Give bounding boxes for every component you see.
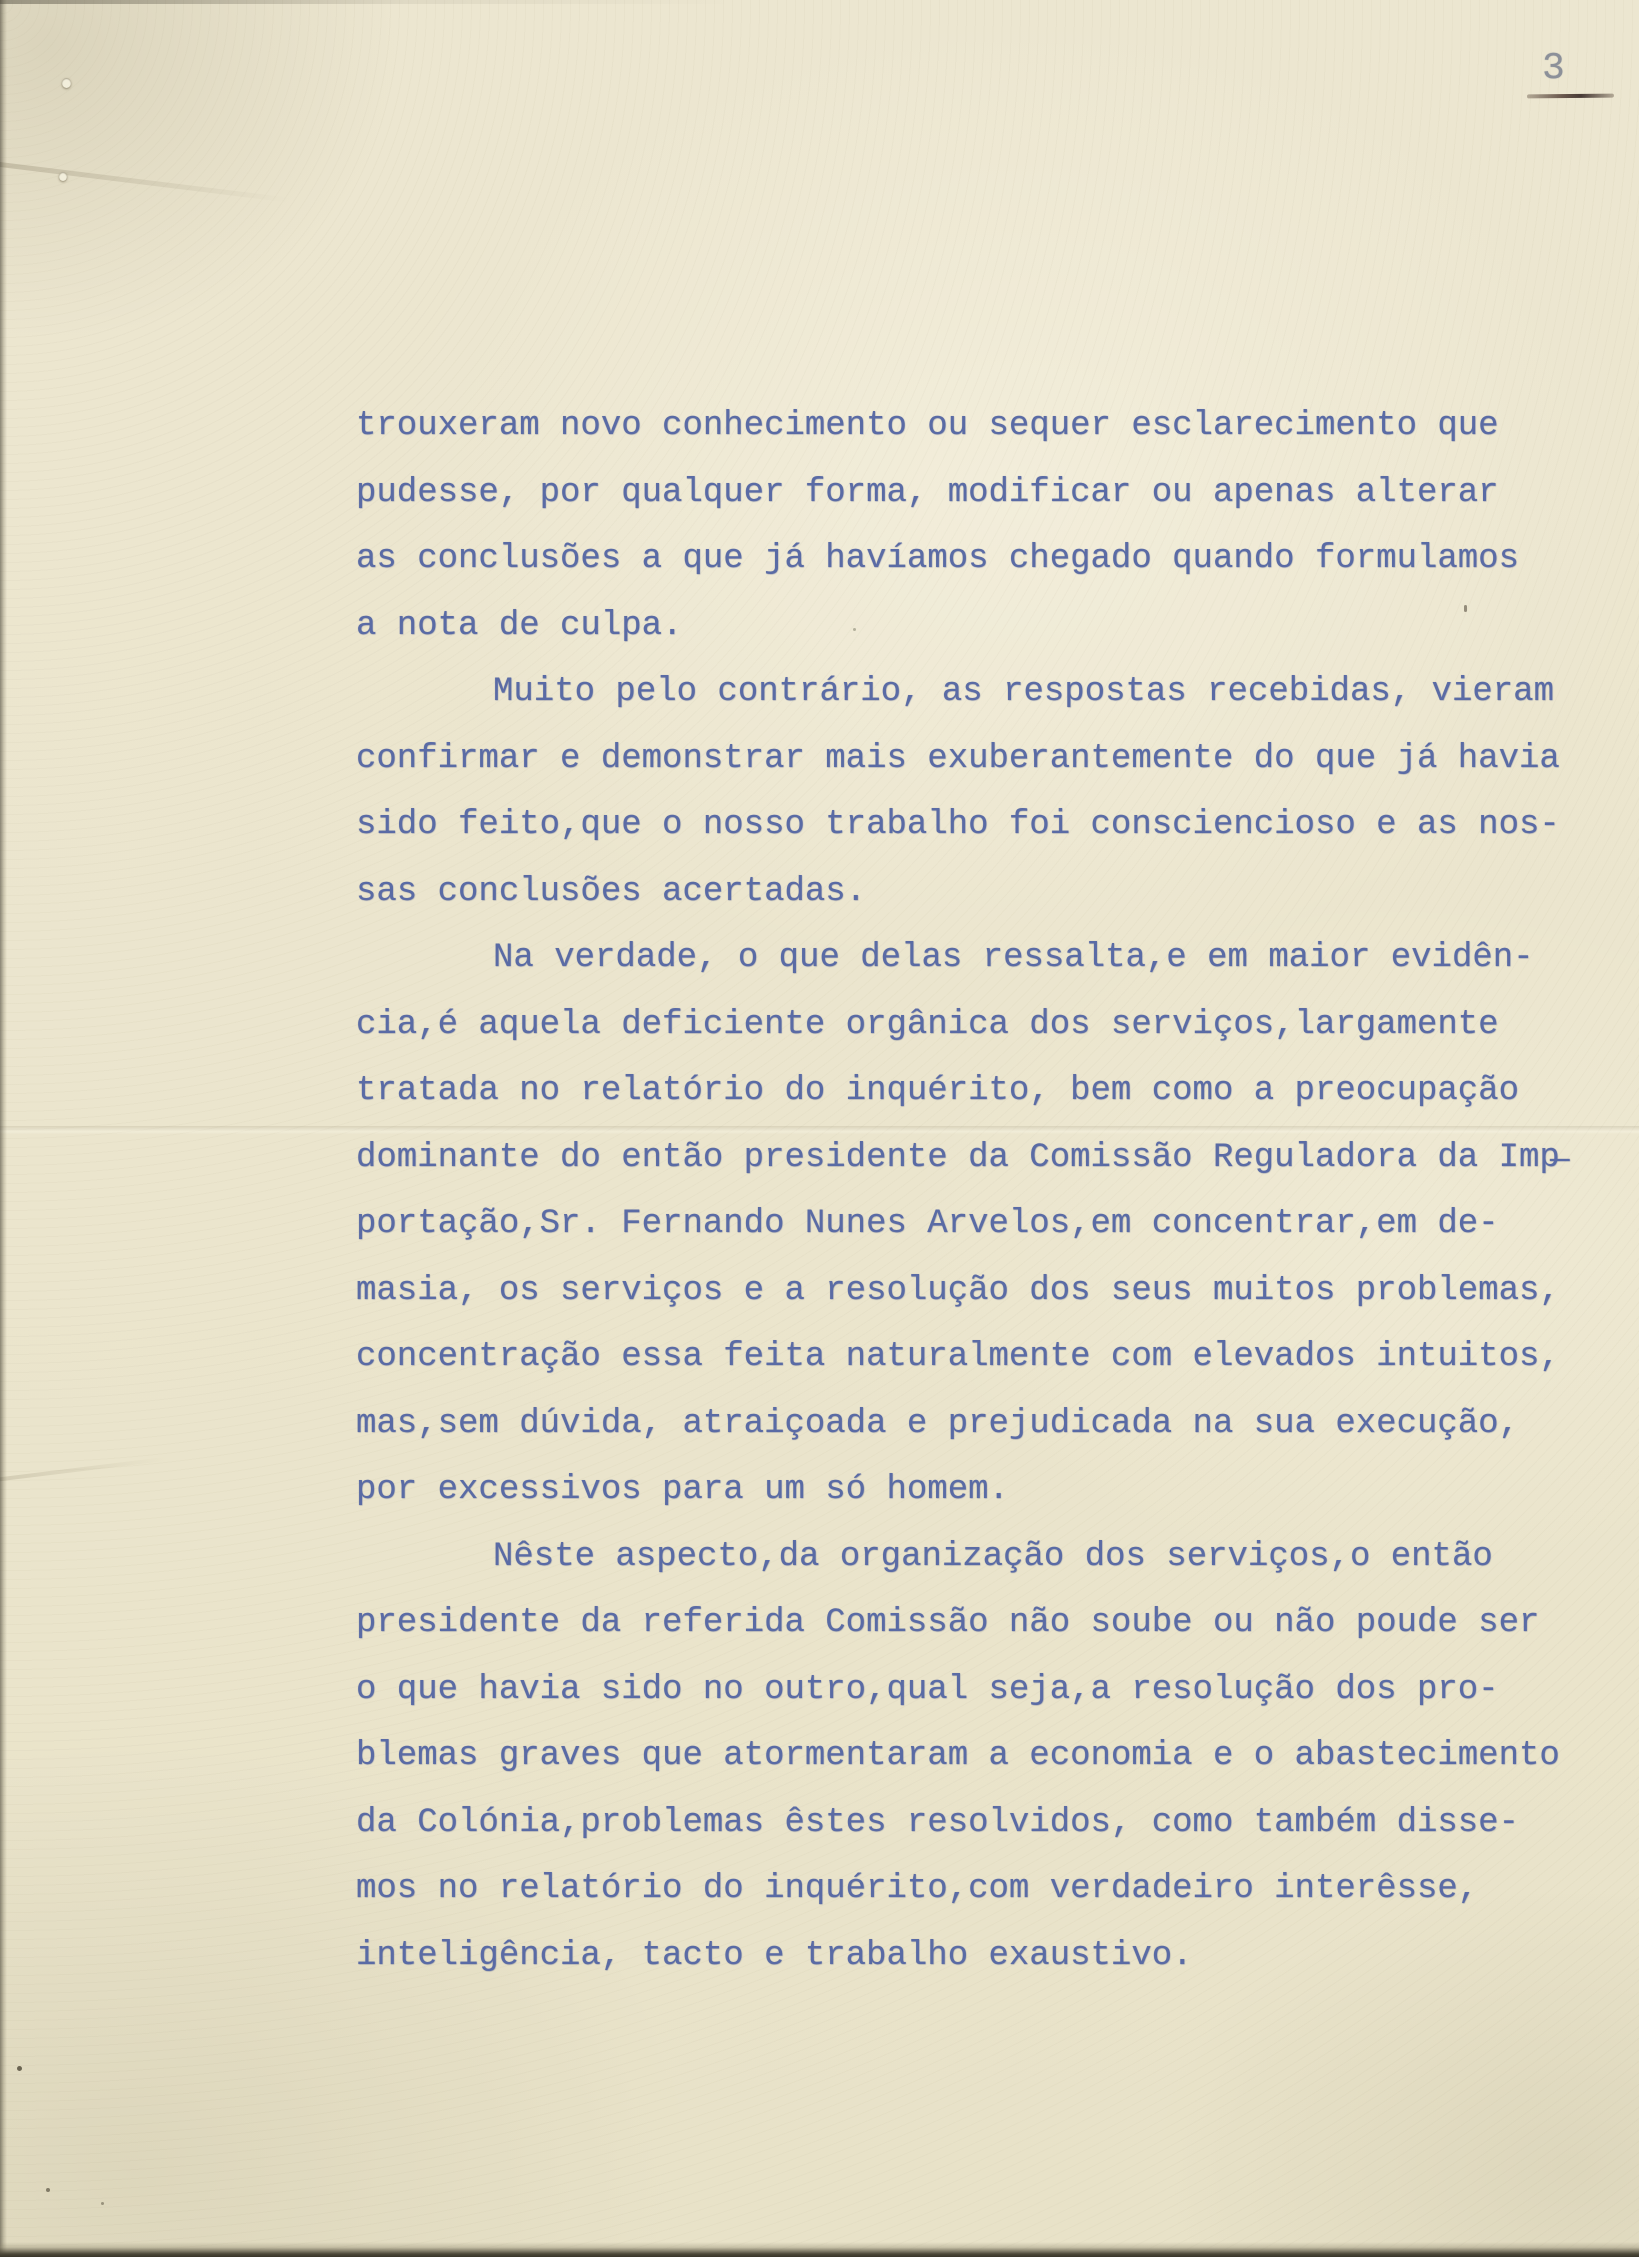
typed-line: blemas graves que atormentaram a economi… (356, 1723, 1596, 1790)
paragraph-1: trouxeram novo conhecimento ou sequer es… (356, 393, 1596, 659)
paper-speck (17, 2066, 22, 2071)
typed-line: dominante do então presidente da Comissã… (356, 1125, 1596, 1192)
paragraph-4: Nêste aspecto,da organização dos serviço… (356, 1524, 1596, 1990)
page-number-underline (1527, 94, 1614, 99)
scan-edge-left (0, 0, 7, 2257)
typed-line: Nêste aspecto,da organização dos serviço… (356, 1524, 1596, 1591)
typed-line: masia, os serviços e a resolução dos seu… (356, 1258, 1596, 1325)
typed-line: inteligência, tacto e trabalho exaustivo… (356, 1923, 1596, 1990)
typed-line: o que havia sido no outro,qual seja,a re… (356, 1657, 1596, 1724)
typed-line: concentração essa feita naturalmente com… (356, 1324, 1596, 1391)
paper-speck (46, 2188, 50, 2192)
scan-edge-bottom (0, 2242, 1639, 2257)
typed-line: presidente da referida Comissão não soub… (356, 1590, 1596, 1657)
typed-text-block: trouxeram novo conhecimento ou sequer es… (356, 393, 1596, 1989)
paper-crease-top-left (0, 159, 289, 203)
typed-line: por excessivos para um só homem. (356, 1457, 1596, 1524)
typed-line: sido feito,que o nosso trabalho foi cons… (356, 792, 1596, 859)
typed-line: confirmar e demonstrar mais exuberanteme… (356, 726, 1596, 793)
staple-hole-top (62, 78, 71, 88)
typed-line: as conclusões a que já havíamos chegado … (356, 526, 1596, 593)
typed-line: pudesse, por qualquer forma, modificar o… (356, 460, 1596, 527)
typed-line: tratada no relatório do inquérito, bem c… (356, 1058, 1596, 1125)
page-number: 3 (1542, 50, 1565, 88)
paper-crease-mid-left (0, 1456, 170, 1483)
scan-edge-top (0, 0, 738, 4)
typed-line: mos no relatório do inquérito,com verdad… (356, 1856, 1596, 1923)
scanned-typewritten-page: 3 trouxeram novo conhecimento ou sequer … (0, 0, 1639, 2257)
typed-line: portação,Sr. Fernando Nunes Arvelos,em c… (356, 1191, 1596, 1258)
typed-line: da Colónia,problemas êstes resolvidos, c… (356, 1790, 1596, 1857)
typed-line: a nota de culpa. (356, 593, 1596, 660)
typed-line: Na verdade, o que delas ressalta,e em ma… (356, 925, 1596, 992)
paper-speck (101, 2202, 104, 2205)
typed-line: mas,sem dúvida, atraiçoada e prejudicada… (356, 1391, 1596, 1458)
typed-line: trouxeram novo conhecimento ou sequer es… (356, 393, 1596, 460)
paragraph-2: Muito pelo contrário, as respostas receb… (356, 659, 1596, 925)
typed-line: cia,é aquela deficiente orgânica dos ser… (356, 992, 1596, 1059)
paragraph-3: Na verdade, o que delas ressalta,e em ma… (356, 925, 1596, 1524)
typed-line: Muito pelo contrário, as respostas receb… (356, 659, 1596, 726)
staple-hole-bottom (59, 172, 67, 181)
typed-line: sas conclusões acertadas. (356, 859, 1596, 926)
